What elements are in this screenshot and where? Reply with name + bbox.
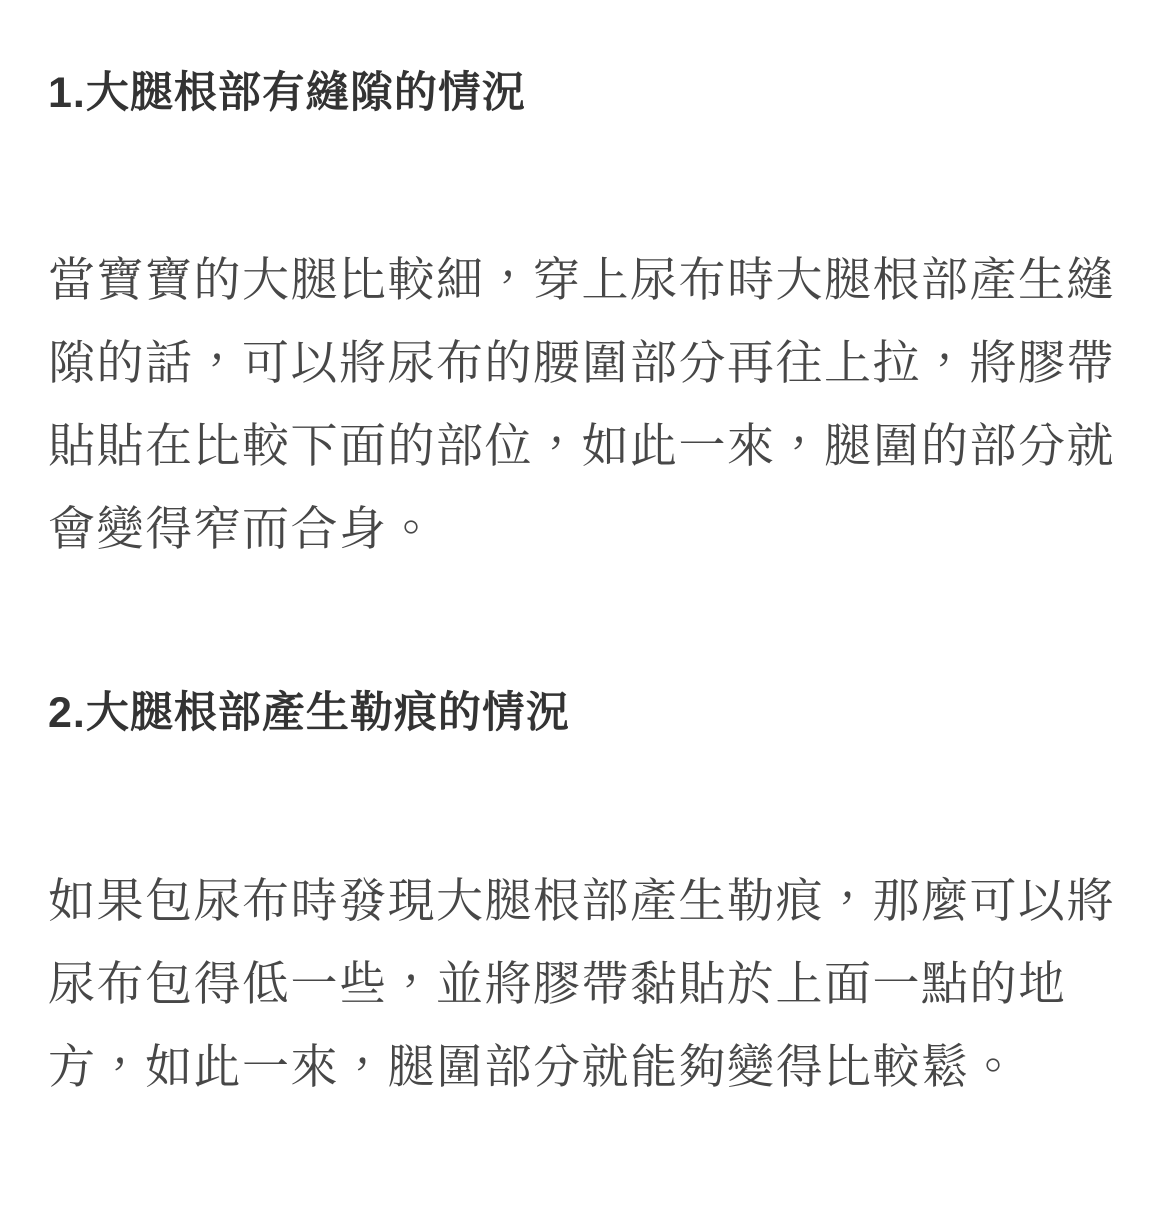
- paragraph-line: 貼貼在比較下面的部位，如此一來，腿圍的部分就: [48, 404, 1122, 487]
- section-1-paragraph: 當寶寶的大腿比較細，穿上尿布時大腿根部產生縫 隙的話，可以將尿布的腰圍部分再往上…: [48, 238, 1122, 570]
- paragraph-line: 會變得窄而合身。: [48, 487, 1122, 570]
- paragraph-line: 當寶寶的大腿比較細，穿上尿布時大腿根部產生縫: [48, 238, 1122, 321]
- paragraph-line: 如果包尿布時發現大腿根部產生勒痕，那麼可以將: [48, 859, 1122, 942]
- section-2-paragraph: 如果包尿布時發現大腿根部產生勒痕，那麼可以將 尿布包得低一些，並將膠帶黏貼於上面…: [48, 859, 1122, 1108]
- article-page: 1.大腿根部有縫隙的情況 當寶寶的大腿比較細，穿上尿布時大腿根部產生縫 隙的話，…: [0, 0, 1170, 1209]
- section-2-heading: 2.大腿根部產生勒痕的情況: [48, 690, 1122, 737]
- paragraph-line: 隙的話，可以將尿布的腰圍部分再往上拉，將膠帶: [48, 321, 1122, 404]
- paragraph-line: 尿布包得低一些，並將膠帶黏貼於上面一點的地: [48, 942, 1122, 1025]
- section-1-heading: 1.大腿根部有縫隙的情況: [48, 70, 1122, 117]
- paragraph-line: 方，如此一來，腿圍部分就能夠變得比較鬆。: [48, 1025, 1122, 1108]
